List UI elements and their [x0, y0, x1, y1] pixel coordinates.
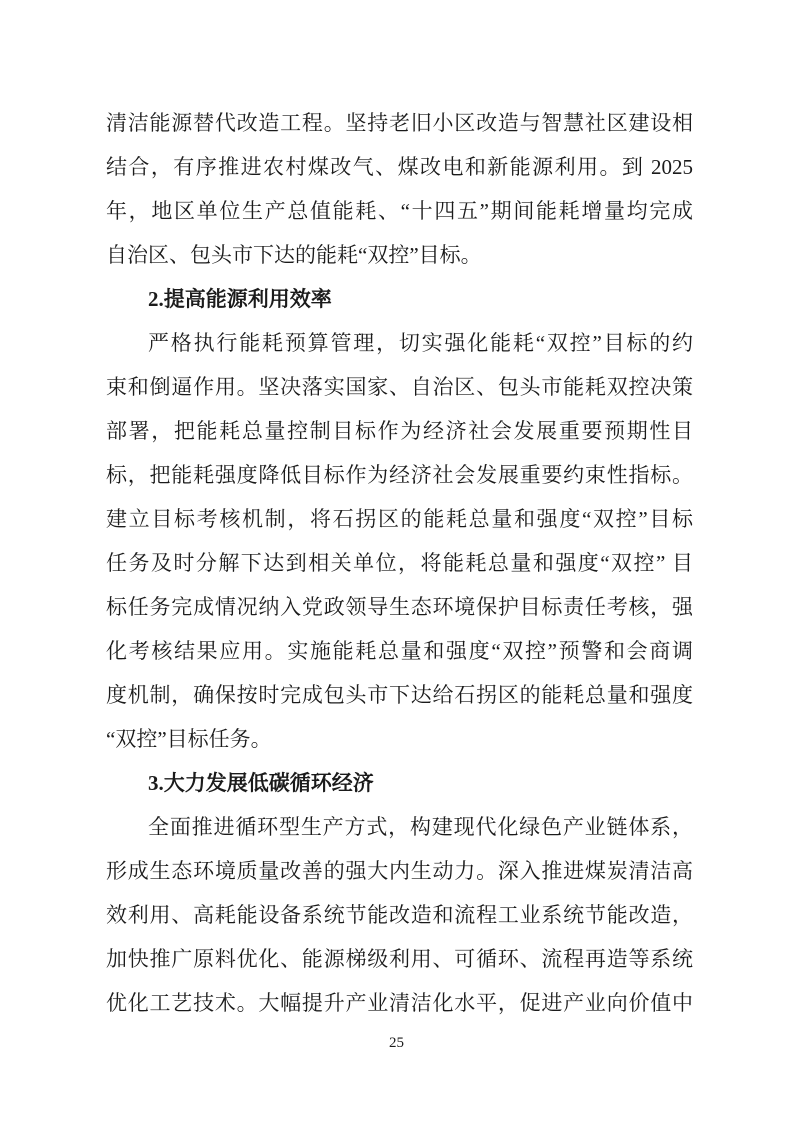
- text-line: 结合，有序推进农村煤改气、煤改电和新能源利用。到 2025: [106, 145, 693, 189]
- text-line: 形成生态环境质量改善的强大内生动力。深入推进煤炭清洁高: [106, 849, 693, 893]
- section-heading: 2.提高能源利用效率: [106, 277, 693, 321]
- text-line: 标任务完成情况纳入党政领导生态环境保护目标责任考核，强: [106, 585, 693, 629]
- text-line: 优化工艺技术。大幅提升产业清洁化水平，促进产业向价值中: [106, 981, 693, 1025]
- text-line: 度机制，确保按时完成包头市下达给石拐区的能耗总量和强度: [106, 673, 693, 717]
- text-line: 严格执行能耗预算管理，切实强化能耗“双控”目标的约: [106, 321, 693, 365]
- text-line: 年，地区单位生产总值能耗、“十四五”期间能耗增量均完成: [106, 189, 693, 233]
- text-line: 束和倒逼作用。坚决落实国家、自治区、包头市能耗双控决策: [106, 365, 693, 409]
- text-line: 建立目标考核机制，将石拐区的能耗总量和强度“双控”目标: [106, 497, 693, 541]
- document-page: 清洁能源替代改造工程。坚持老旧小区改造与智慧社区建设相结合，有序推进农村煤改气、…: [0, 0, 793, 1122]
- page-number: 25: [0, 1033, 793, 1053]
- text-line: 自治区、包头市下达的能耗“双控”目标。: [106, 233, 693, 277]
- text-line: 部署，把能耗总量控制目标作为经济社会发展重要预期性目: [106, 409, 693, 453]
- text-line: 加快推广原料优化、能源梯级利用、可循环、流程再造等系统: [106, 937, 693, 981]
- text-line: 标，把能耗强度降低目标作为经济社会发展重要约束性指标。: [106, 453, 693, 497]
- section-heading: 3.大力发展低碳循环经济: [106, 761, 693, 805]
- text-line: 任务及时分解下达到相关单位，将能耗总量和强度“双控” 目: [106, 541, 693, 585]
- document-blocks: 清洁能源替代改造工程。坚持老旧小区改造与智慧社区建设相结合，有序推进农村煤改气、…: [106, 101, 693, 1025]
- text-line: 效利用、高耗能设备系统节能改造和流程工业系统节能改造，: [106, 893, 693, 937]
- text-line: 化考核结果应用。实施能耗总量和强度“双控”预警和会商调: [106, 629, 693, 673]
- text-line: 全面推进循环型生产方式，构建现代化绿色产业链体系，: [106, 805, 693, 849]
- text-line: “双控”目标任务。: [106, 717, 693, 761]
- text-line: 清洁能源替代改造工程。坚持老旧小区改造与智慧社区建设相: [106, 101, 693, 145]
